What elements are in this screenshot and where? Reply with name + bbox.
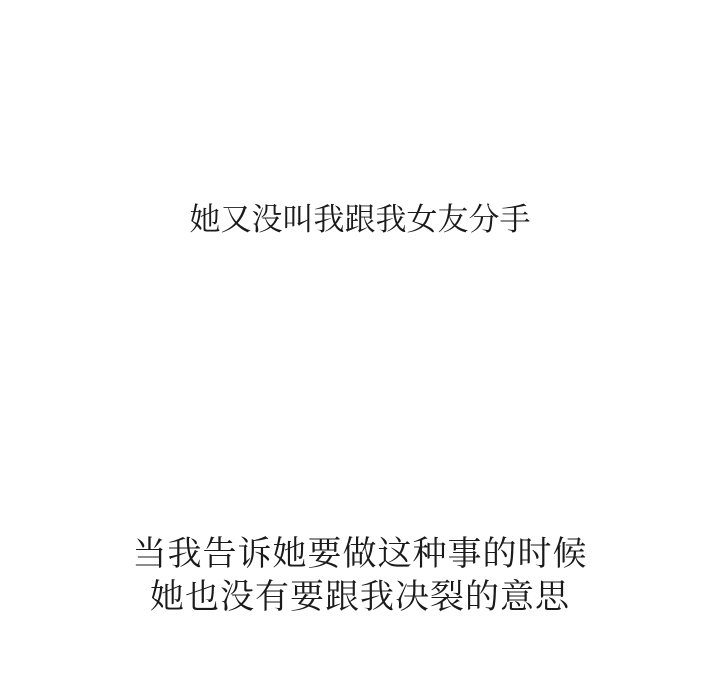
dialogue-block-bottom: 当我告诉她要做这种事的时候 她也没有要跟我决裂的意思	[0, 533, 720, 619]
dialogue-line-bottom-1: 当我告诉她要做这种事的时候	[0, 533, 720, 576]
comic-page: 她又没叫我跟我女友分手 当我告诉她要做这种事的时候 她也没有要跟我决裂的意思	[0, 0, 720, 700]
dialogue-line-bottom-2: 她也没有要跟我决裂的意思	[0, 576, 720, 619]
dialogue-line-top: 她又没叫我跟我女友分手	[0, 200, 720, 240]
